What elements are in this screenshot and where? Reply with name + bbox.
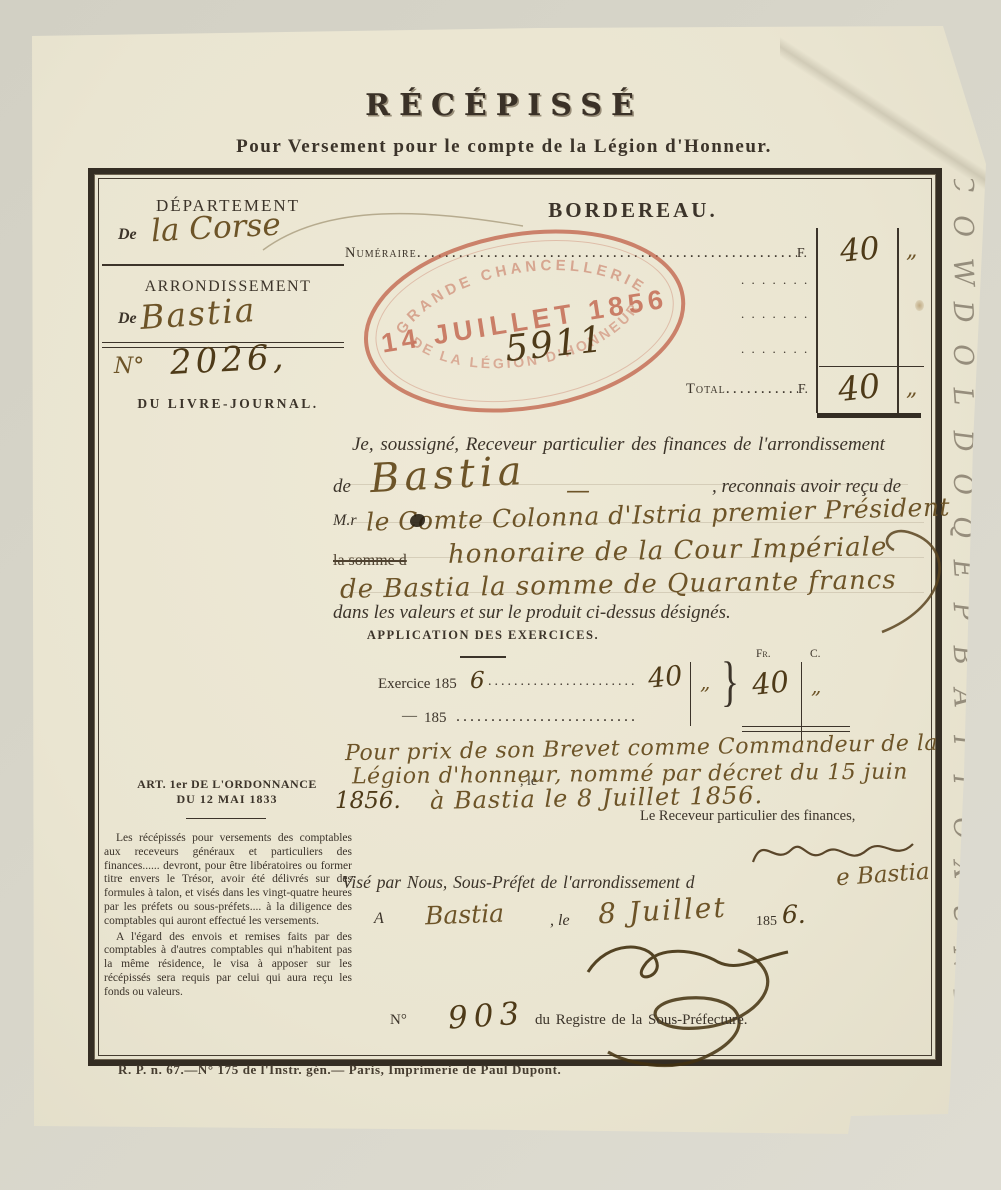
livre-journal-label: DU LIVRE-JOURNAL. [108,396,348,412]
exercice-francs-value: 40 [646,660,683,694]
vise-le-label: , le [550,912,570,930]
amount-box-line-centimes [897,228,899,413]
numero-label: N° [114,354,144,379]
body-line-3-prefix: M.r [333,512,357,530]
exercices-divider [460,656,506,658]
dotted-leader [456,708,638,725]
numeraire-f-label: F. [797,246,807,262]
sous-prefet-signature [548,932,848,1072]
body-line-2-dash: — [566,476,590,504]
exercices-header: APPLICATION DES EXERCICES. [358,628,608,643]
registre-number-hand: 903 [447,995,526,1036]
exercice-row-label: Exercice 185 [378,676,457,693]
body-line-2-prefix: de [333,476,351,498]
exercice-row2-dots [456,708,638,726]
note-line-3-year: 1856. [335,788,401,814]
body-line-4-struck: la somme d [333,552,407,570]
printer-imprint: R. P. n. 67.—N° 175 de l'Instr. gén.— Pa… [118,1062,561,1078]
paper-sheet: RÉCÉPISSÉ Pour Versement pour le compte … [18,14,990,1144]
exercice-row2-label: 185 [424,710,447,727]
total-centimes-value: „ [906,376,917,401]
arrondissement-de: De [118,310,137,328]
page-subtitle: Pour Versement pour le compte de la Légi… [18,136,990,158]
body-line-6: dans les valeurs et sur le produit ci-de… [333,602,731,624]
total-f-label: F. [798,382,808,398]
dotted-leader [726,380,798,398]
exercice-centimes-value: „ [700,670,710,694]
departement-de: De [118,226,137,244]
numeraire-francs-value: 40 [839,230,881,269]
exercice-dots [488,674,638,690]
numero-value: 2026, [169,337,288,383]
exercices-total-francs: 40 [750,664,790,702]
vise-place-hand: Bastia [425,899,505,931]
cut-letter: L [935,988,982,1047]
total-francs-value: 40 [836,366,882,409]
vise-year-hand: 6. [782,900,806,929]
ordonnance-title-1: ART. 1er DE L'ORDONNANCE [104,777,350,792]
exercice-year-hand: 6 [470,668,485,694]
vise-a-label: A [374,910,384,928]
ordonnance-paragraph-1: Les récépissés pour versements des compt… [104,832,352,929]
dotted-leader [488,674,638,689]
body-line-2-hand: Bastia [369,448,528,502]
amount-box-bottom [817,413,921,418]
registre-no-label: N° [390,1012,407,1029]
amount-box-line-left [816,228,818,413]
exercices-brace: } [721,649,739,713]
vise-year-printed: 185 [756,914,777,930]
c-column-label: C. [810,648,821,660]
dotted-row-1: . . . . . . . [741,272,809,288]
dotted-row-3: . . . . . . . [741,341,809,357]
talon-cut-letters: C O W D O L D O Q E P B A T I O X U N L [930,179,986,1069]
ordonnance-divider [186,818,266,819]
exercices-total-centimes: „ [811,674,821,698]
vise-line-1: Visé par Nous, Sous-Préfet de l'arrondis… [342,872,695,893]
vise-date-hand: 8 Juillet [597,891,727,931]
scanned-receipt: RÉCÉPISSÉ Pour Versement pour le compte … [0,0,1001,1190]
numeraire-centimes-value: „ [906,238,917,263]
exercices-total-underline [742,726,850,732]
divider [102,264,344,266]
fr-column-label: Fr. [756,648,771,660]
page-title: RÉCÉPISSÉ [18,88,990,123]
ordonnance-paragraph-2: A l'égard des envois et remises faits pa… [104,931,352,1000]
exercice-row2-dash: — [402,708,417,725]
pen-flourish-top [258,192,528,262]
registre-rest: du Registre de la Sous-Préfecture. [535,1012,748,1029]
arrondissement-value: Bastia [139,290,258,337]
ordonnance-title-2: DU 12 MAI 1833 [104,792,350,807]
dotted-row-2: . . . . . . . [741,306,809,322]
ordonnance-text: Les récépissés pour versements des compt… [104,832,352,1002]
exercice-col-line [690,662,691,726]
